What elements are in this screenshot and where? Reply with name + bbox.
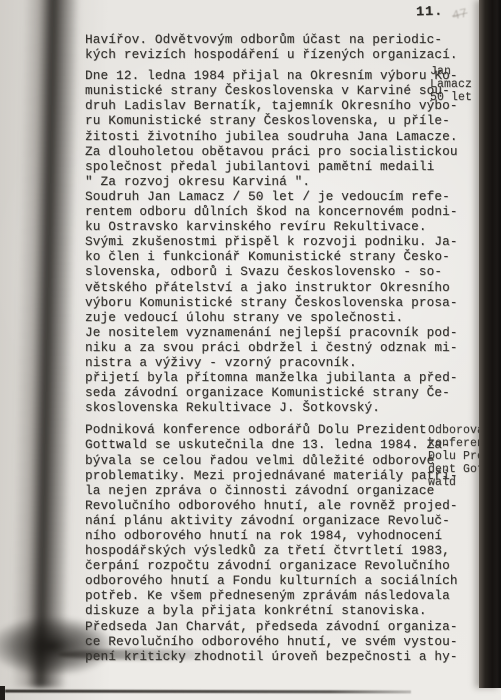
- scan-corner-mark: [0, 686, 5, 700]
- paragraph-havirov-revize: Havířov. Odvětvovým odborům účast na per…: [85, 32, 465, 62]
- page-number: 11.: [416, 5, 444, 21]
- pencil-annotation: 47: [451, 6, 469, 24]
- scan-edge-bottom: [5, 690, 411, 694]
- scan-edge-right: [479, 0, 501, 688]
- scanned-page: 11. 47 Havířov. Odvětvovým odborům účast…: [0, 0, 501, 700]
- margin-note-jan-lamacz: Jan Lamacz 50 let: [430, 65, 472, 104]
- binding-gutter-shadow: [11, 0, 80, 688]
- paragraph-jan-lamacz-jubileum: Dne 12. ledna 1984 přijal na Okresním vý…: [85, 68, 465, 415]
- document-body: Havířov. Odvětvovým odborům účast na per…: [85, 32, 465, 670]
- paragraph-odborova-konference: Podniková konference odborářů Dolu Prezi…: [85, 422, 465, 664]
